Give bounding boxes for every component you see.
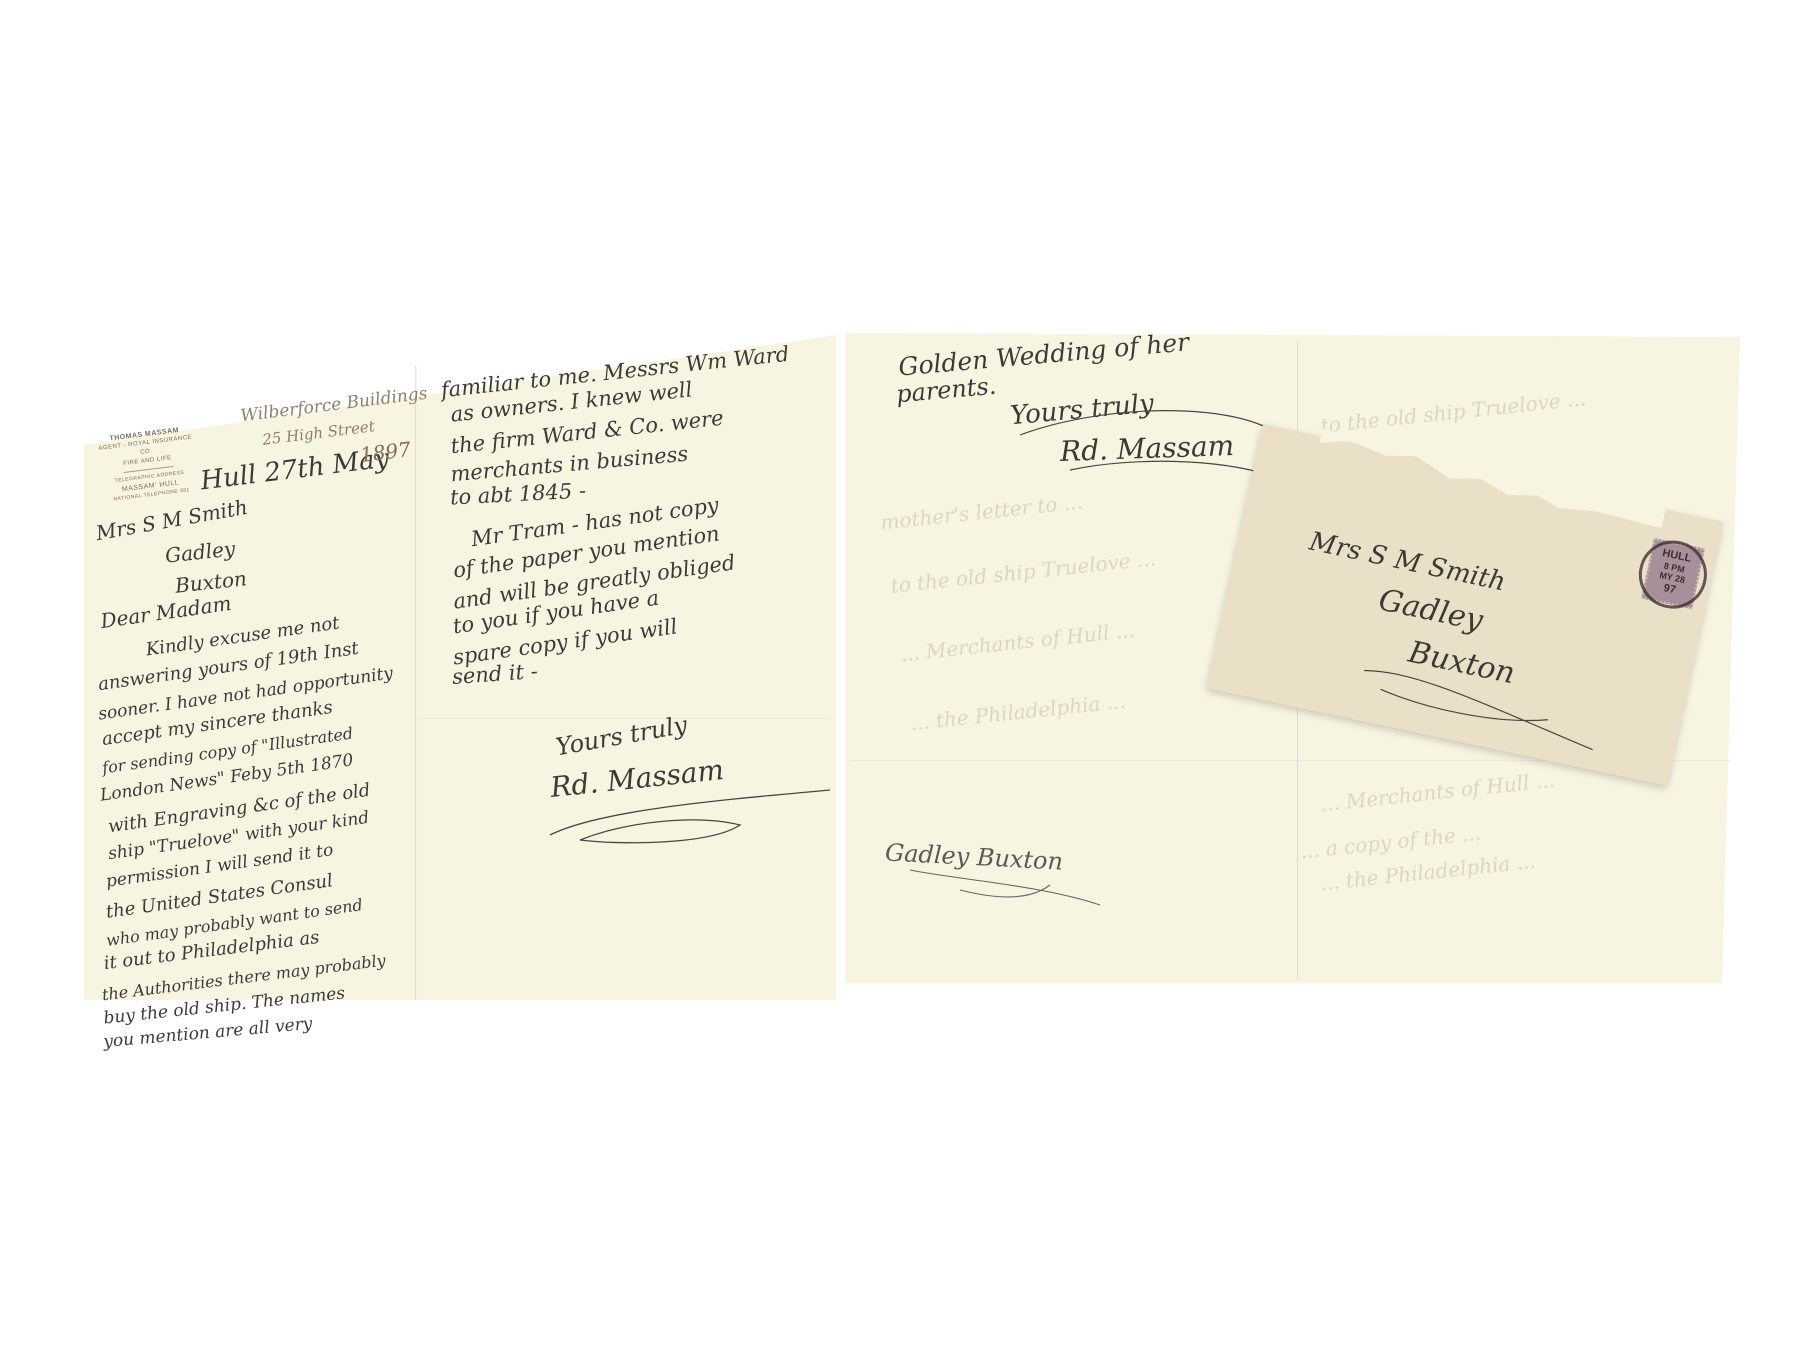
letterhead: THOMAS MASSAM AGENT - ROYAL INSURANCE CO… xyxy=(94,424,202,506)
postmark: HULL 8 PM MY 28 97 xyxy=(1633,534,1714,615)
fold-line-left-sheet xyxy=(415,365,417,1000)
signature-flourish xyxy=(540,780,840,850)
envelope-address-line-2: Gadley xyxy=(1376,582,1486,638)
fold-line-left-sheet-horizontal xyxy=(420,718,830,720)
docket-flourish xyxy=(900,860,1120,920)
